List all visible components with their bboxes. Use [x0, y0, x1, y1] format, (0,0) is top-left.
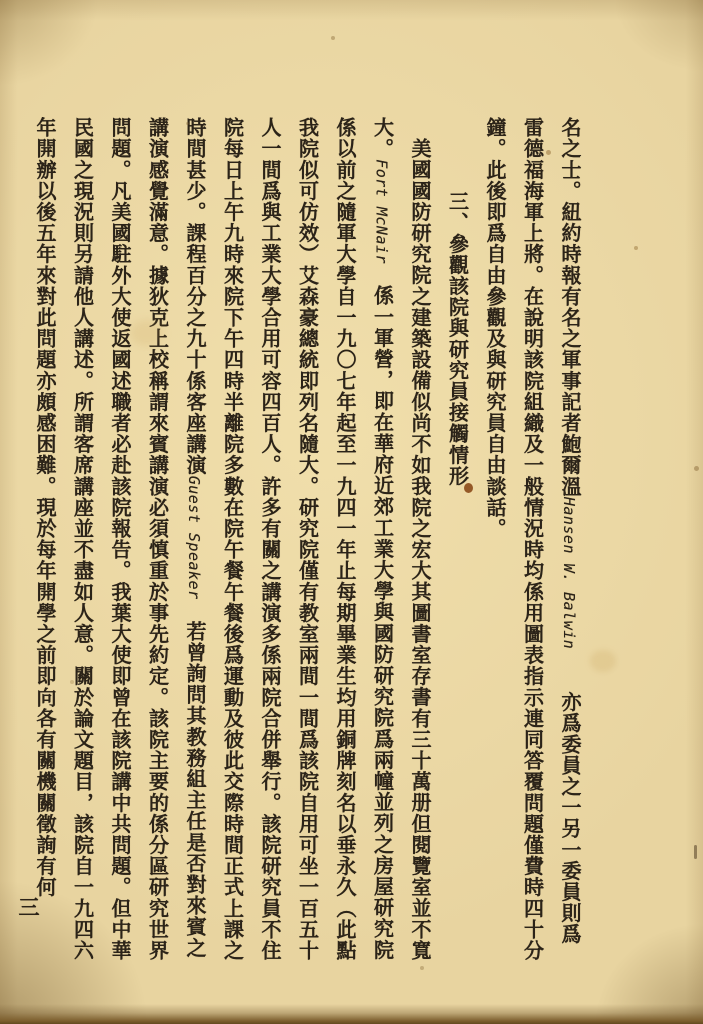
- vertical-text-area: 名之士。紐約時報有名之軍事記者鮑爾溫Hansen W. Balwin 亦爲委員之…: [21, 117, 587, 965]
- foxing-speck: [331, 36, 335, 40]
- paragraph-body: 美國國防研究院之建築設備似尚不如我院之宏大其圖書室存書有三十萬册但閱覽室並不寬大…: [25, 117, 438, 965]
- foxing-speck: [546, 150, 551, 155]
- paragraph-continuation: 名之士。紐約時報有名之軍事記者鮑爾溫Hansen W. Balwin 亦爲委員之…: [475, 117, 588, 965]
- cjk-segment: 係一軍營，即在華府近郊工業大學與國防研究院爲兩幢並列之房屋研究院係以前之隨軍大學…: [183, 117, 393, 961]
- rust-stain-dot: [464, 483, 473, 493]
- cjk-segment: 若曾詢問其教務組主任是否對來賓之講演感覺滿意。據狄克上校稱謂來賓講演必須慎重於事…: [33, 117, 205, 961]
- section-heading: 三、參觀該院與研究員接觸情形: [437, 117, 475, 965]
- page-number: 三: [13, 896, 43, 917]
- foxing-speck: [634, 246, 638, 250]
- document-page: 名之士。紐約時報有名之軍事記者鮑爾溫Hansen W. Balwin 亦爲委員之…: [0, 0, 703, 1024]
- latin-name-hansen-baldwin: Hansen W. Balwin: [560, 497, 578, 650]
- foxing-speck: [186, 122, 189, 125]
- cjk-segment: 名之士。紐約時報有名之軍事記者鮑爾溫: [558, 117, 580, 497]
- foxing-speck: [70, 680, 74, 684]
- foxing-speck: [420, 966, 424, 970]
- foxing-speck: [694, 466, 699, 471]
- page-bottom-edge-shadow: [0, 1004, 703, 1024]
- paper-blotch: [130, 320, 164, 346]
- latin-name-fort-mcnair: Fort McNair: [373, 159, 391, 264]
- latin-term-guest-speaker: Guest Speaker: [185, 476, 203, 600]
- edge-smudge: [694, 845, 697, 859]
- cjk-segment: 三、參觀該院與研究員接觸情形: [446, 191, 468, 486]
- paper-blotch: [590, 650, 616, 672]
